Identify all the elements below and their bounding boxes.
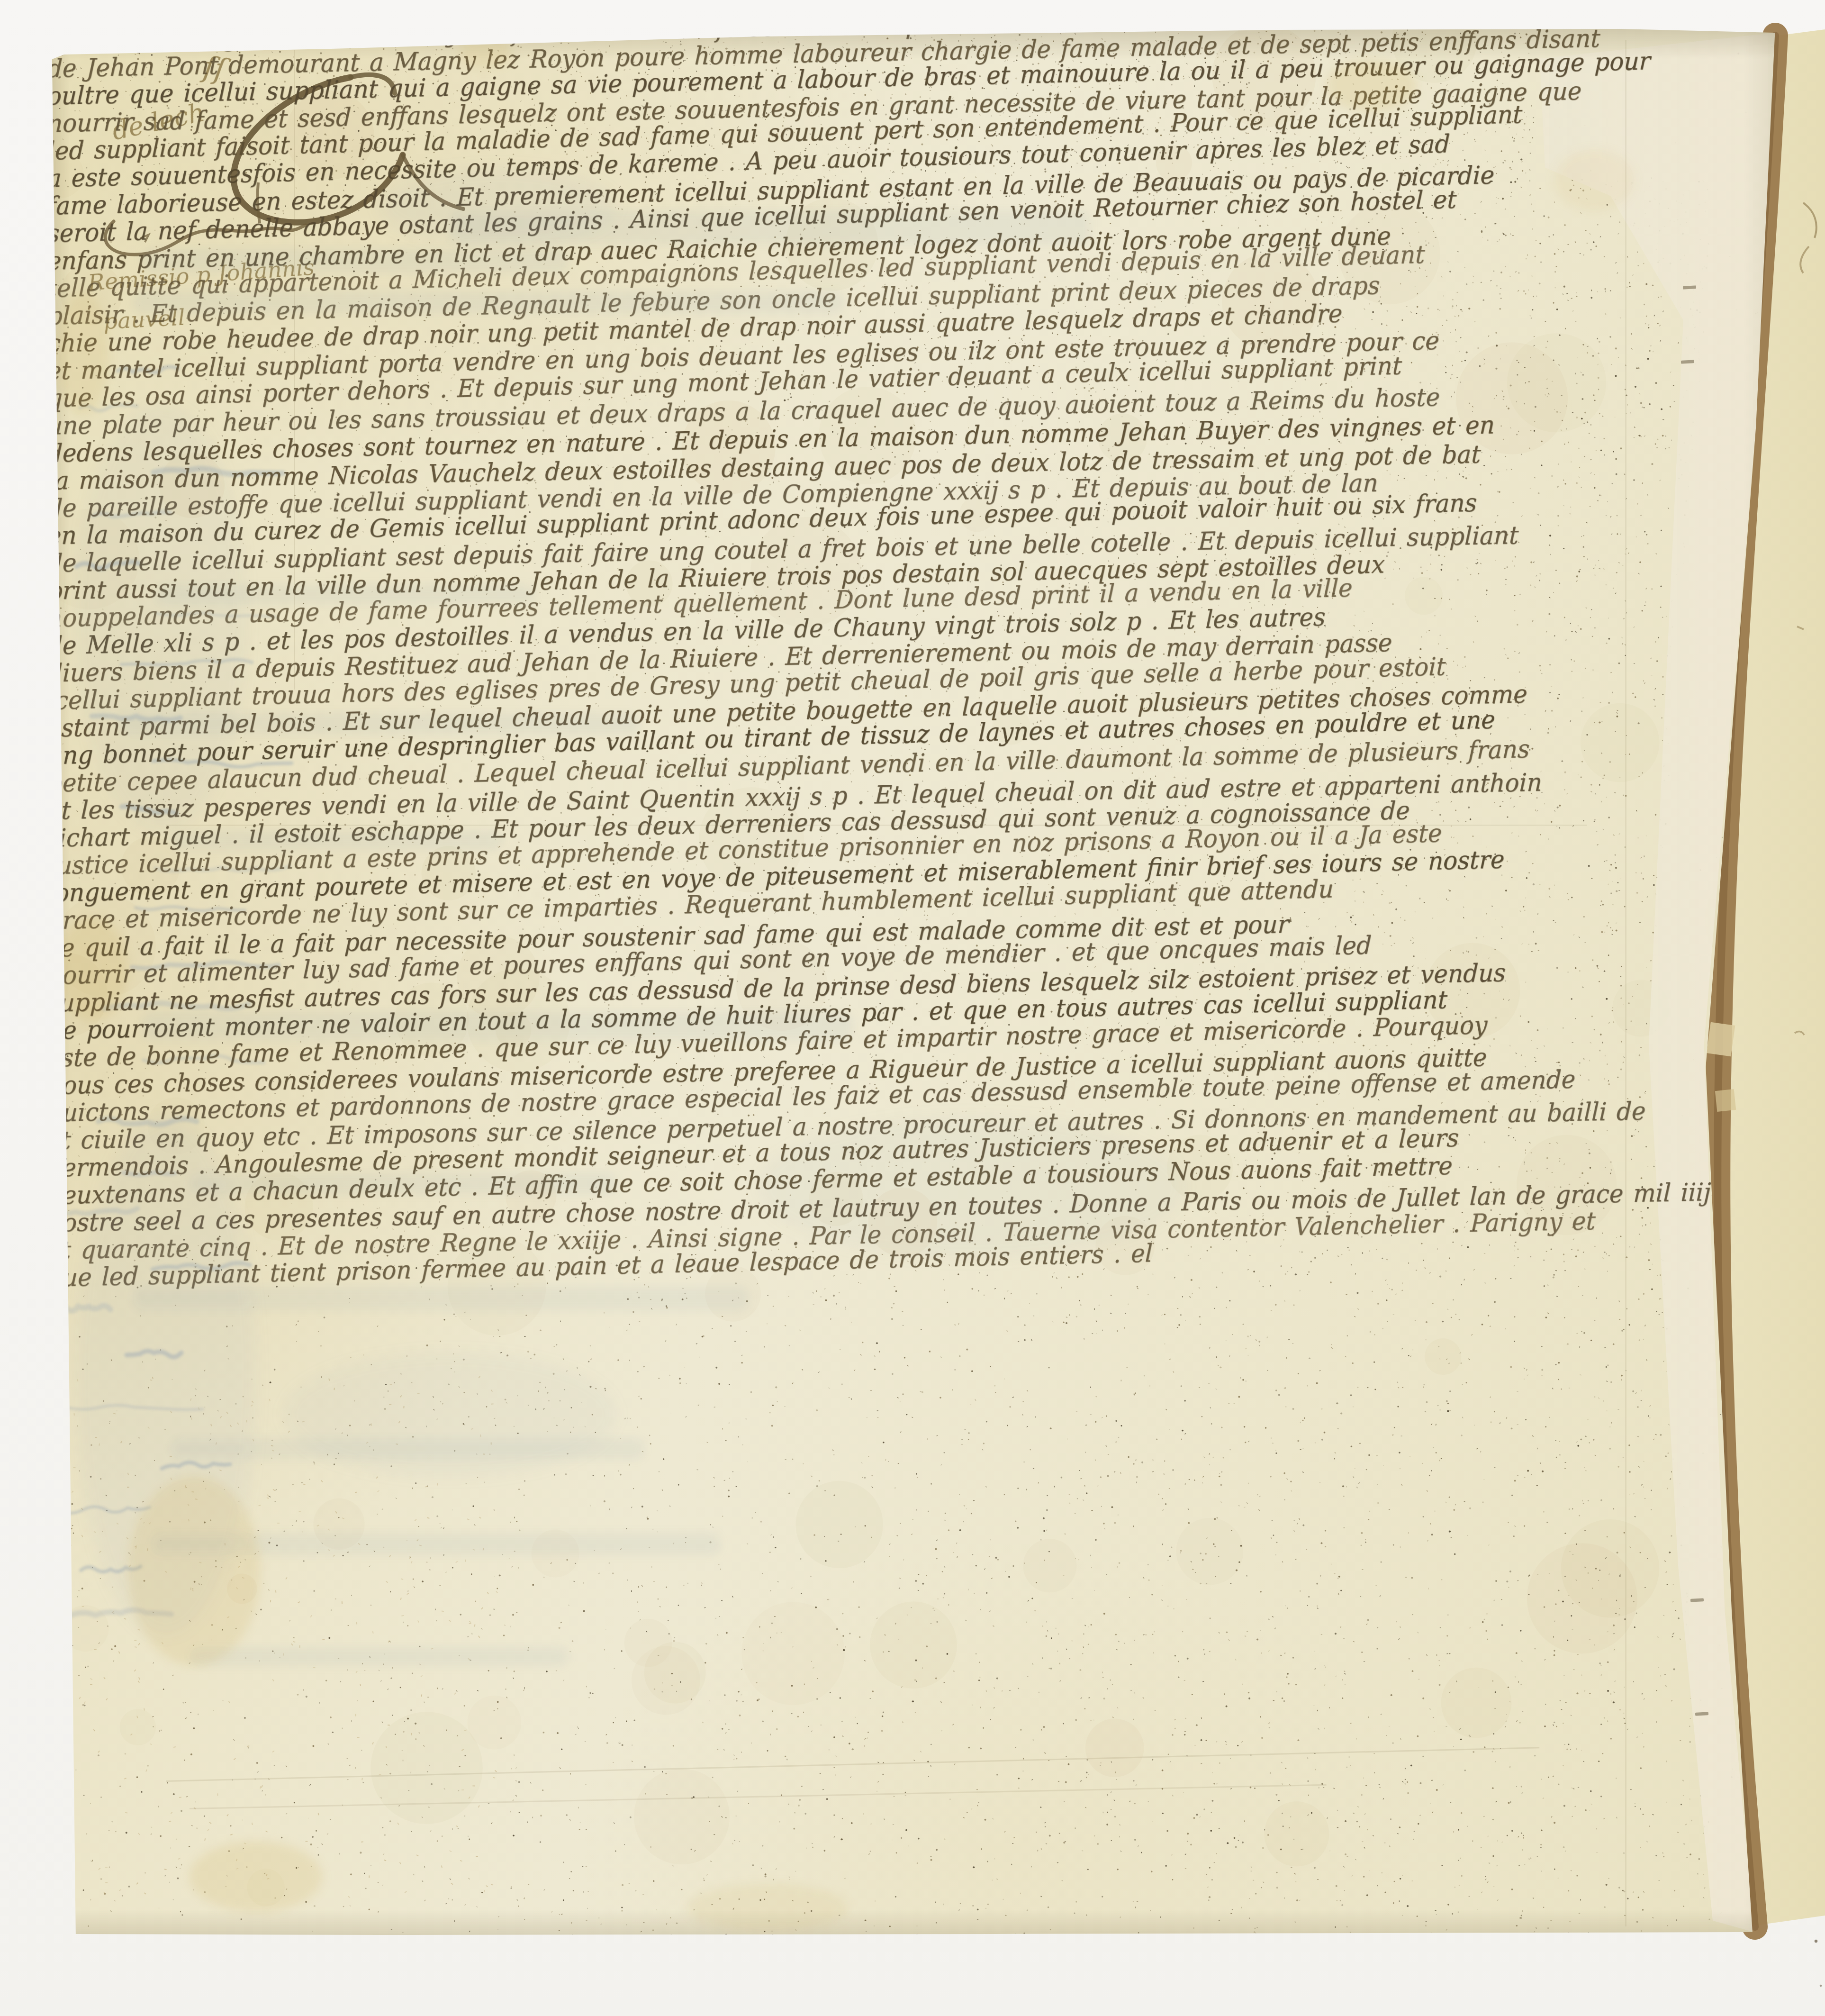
folio-ink-marks (0, 0, 1825, 2016)
manuscript-photo: ſſ de lech Remissio p Johannis pauvell h… (0, 0, 1825, 2016)
